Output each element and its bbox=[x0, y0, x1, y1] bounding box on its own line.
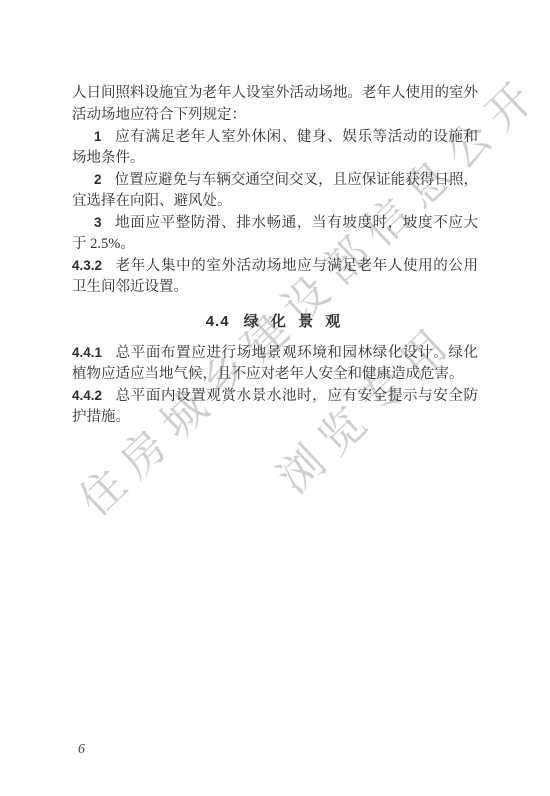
line-text: 总平面布置应进行场地景观环境和园林绿化设计。绿化 bbox=[115, 345, 478, 361]
line-text: 总平面内设置观赏水景水池时，应有安全提示与安全防 bbox=[115, 388, 478, 404]
clause-4-3-1-and-4-3-2: 人日间照料设施宜为老年人设室外活动场地。老年人使用的室外活动场地应符合下列规定：… bbox=[72, 83, 478, 298]
page-number: 6 bbox=[78, 742, 85, 758]
line-text: 活动场地应符合下列规定： bbox=[72, 107, 246, 123]
body-text-column: 人日间照料设施宜为老年人设室外活动场地。老年人使用的室外活动场地应符合下列规定：… bbox=[72, 83, 478, 428]
line-text: 宜选择在向阳、避风处。 bbox=[72, 193, 232, 209]
section-heading-number: 4.4 bbox=[206, 313, 230, 330]
text-line: 于 2.5%。 bbox=[72, 234, 478, 256]
clause-number: 4.3.2 bbox=[72, 258, 102, 273]
line-text: 应有满足老年人室外休闲、健身、娱乐等活动的设施和 bbox=[115, 129, 478, 145]
line-text: 卫生间邻近设置。 bbox=[72, 279, 188, 295]
line-text: 场地条件。 bbox=[72, 150, 145, 166]
line-text: 地面应平整防滑、排水畅通，当有坡度时，坡度不应大 bbox=[115, 215, 478, 231]
section-heading-4-4: 4.4 绿 化 景 观 bbox=[72, 311, 478, 333]
clause-number: 1 bbox=[94, 129, 102, 144]
clause-number: 4.4.2 bbox=[72, 388, 102, 403]
text-line: 4.4.1总平面布置应进行场地景观环境和园林绿化设计。绿化 bbox=[72, 342, 478, 364]
text-line: 场地条件。 bbox=[72, 148, 478, 170]
clause-number: 2 bbox=[94, 172, 102, 187]
text-line: 4.4.2总平面内设置观赏水景水池时，应有安全提示与安全防 bbox=[72, 385, 478, 407]
clauses-4-4-1-and-4-4-2: 4.4.1总平面布置应进行场地景观环境和园林绿化设计。绿化植物应适应当地气候，且… bbox=[72, 342, 478, 428]
text-line: 1应有满足老年人室外休闲、健身、娱乐等活动的设施和 bbox=[72, 126, 478, 148]
text-line: 活动场地应符合下列规定： bbox=[72, 105, 478, 127]
line-text: 老年人集中的室外活动场地应与满足老年人使用的公用 bbox=[115, 258, 478, 274]
text-line: 2位置应避免与车辆交通空间交叉，且应保证能获得日照， bbox=[72, 169, 478, 191]
line-text: 于 2.5%。 bbox=[72, 236, 135, 252]
section-heading-title: 绿 化 景 观 bbox=[244, 313, 345, 330]
text-line: 植物应适应当地气候，且不应对老年人安全和健康造成危害。 bbox=[72, 364, 478, 386]
text-line: 卫生间邻近设置。 bbox=[72, 277, 478, 299]
clause-number: 3 bbox=[94, 215, 102, 230]
line-text: 植物应适应当地气候，且不应对老年人安全和健康造成危害。 bbox=[72, 366, 464, 382]
text-line: 人日间照料设施宜为老年人设室外活动场地。老年人使用的室外 bbox=[72, 83, 478, 105]
text-line: 宜选择在向阳、避风处。 bbox=[72, 191, 478, 213]
text-line: 3地面应平整防滑、排水畅通，当有坡度时，坡度不应大 bbox=[72, 212, 478, 234]
document-page: 住房城乡建设部信息公开 浏览专用 人日间照料设施宜为老年人设室外活动场地。老年人… bbox=[0, 0, 550, 796]
line-text: 人日间照料设施宜为老年人设室外活动场地。老年人使用的室外 bbox=[72, 85, 478, 101]
clause-number: 4.4.1 bbox=[72, 345, 102, 360]
line-text: 护措施。 bbox=[72, 409, 130, 425]
text-line: 护措施。 bbox=[72, 407, 478, 429]
line-text: 位置应避免与车辆交通空间交叉，且应保证能获得日照， bbox=[115, 172, 478, 188]
text-line: 4.3.2老年人集中的室外活动场地应与满足老年人使用的公用 bbox=[72, 255, 478, 277]
